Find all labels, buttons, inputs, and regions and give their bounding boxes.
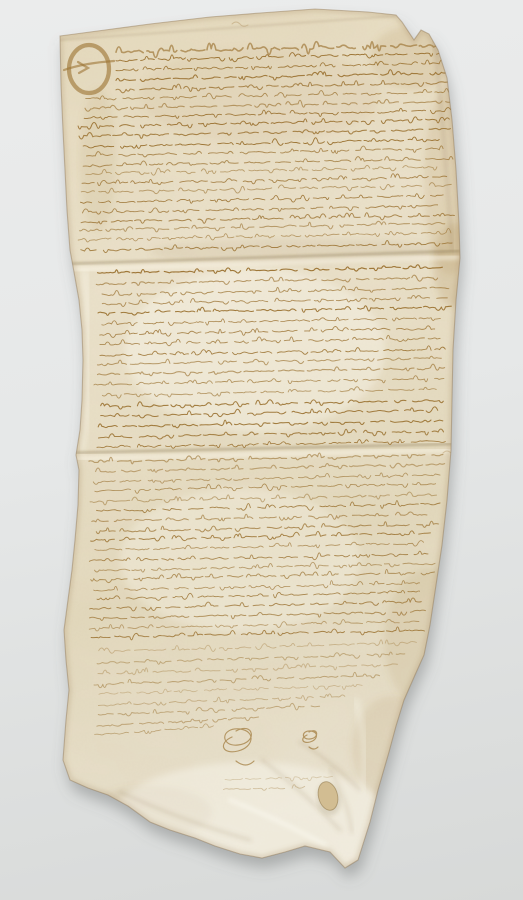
stain [140, 47, 380, 143]
parchment-surface [55, 5, 477, 882]
photo-backdrop [0, 0, 523, 900]
manuscript-photo [0, 0, 523, 900]
